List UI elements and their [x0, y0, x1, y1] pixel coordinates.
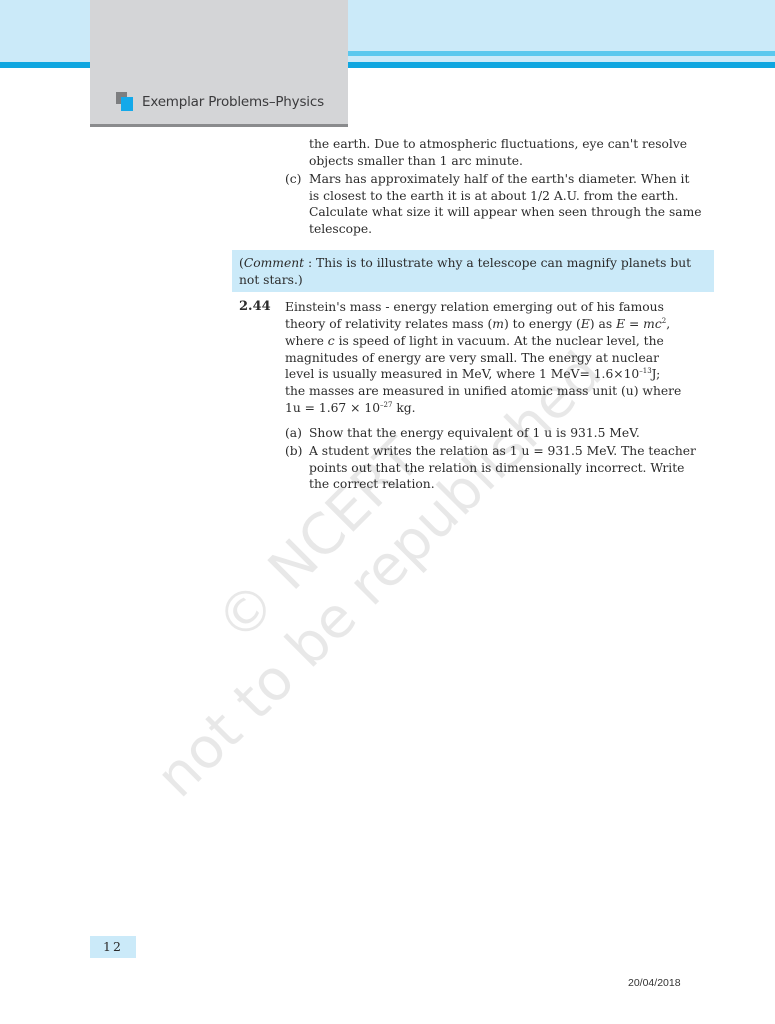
- question-line: level is usually measured in MeV, where …: [285, 366, 660, 383]
- question-line: theory of relativity relates mass (m) to…: [285, 316, 670, 333]
- page-number: 12: [90, 936, 136, 958]
- question-line: 1u = 1.67 × 10–27 kg.: [285, 400, 416, 417]
- part-c-line: Calculate what size it will appear when …: [309, 204, 702, 221]
- question-number: 2.44: [239, 299, 271, 314]
- part-c-line: Mars has approximately half of the earth…: [309, 171, 689, 188]
- question-line: magnitudes of energy are very small. The…: [285, 350, 659, 367]
- part-b-line: points out that the relation is dimensio…: [309, 460, 684, 477]
- part-b-line: the correct relation.: [309, 476, 435, 493]
- continuation-line: objects smaller than 1 arc minute.: [309, 153, 523, 170]
- question-line: the masses are measured in unified atomi…: [285, 383, 681, 400]
- comment-line-1: (Comment : This is to illustrate why a t…: [239, 255, 691, 272]
- part-c-line: telescope.: [309, 221, 372, 238]
- book-title: Exemplar Problems–Physics: [142, 94, 324, 110]
- header-stripe-light: [348, 51, 775, 56]
- part-b-label: (b): [285, 443, 302, 460]
- header-tab-border: [90, 124, 348, 127]
- comment-line-2: not stars.): [239, 272, 303, 289]
- print-date: 20/04/2018: [628, 977, 681, 989]
- part-b-line: A student writes the relation as 1 u = 9…: [309, 443, 696, 460]
- question-line: where c is speed of light in vacuum. At …: [285, 333, 664, 350]
- question-line: Einstein's mass - energy relation emergi…: [285, 299, 664, 316]
- continuation-line: the earth. Due to atmospheric fluctuatio…: [309, 136, 687, 153]
- part-c-line: is closest to the earth it is at about 1…: [309, 188, 678, 205]
- part-a-label: (a): [285, 425, 302, 442]
- two-overlapping-squares-icon: [116, 92, 136, 112]
- part-a-line: Show that the energy equivalent of 1 u i…: [309, 425, 640, 442]
- part-c-label: (c): [285, 171, 301, 188]
